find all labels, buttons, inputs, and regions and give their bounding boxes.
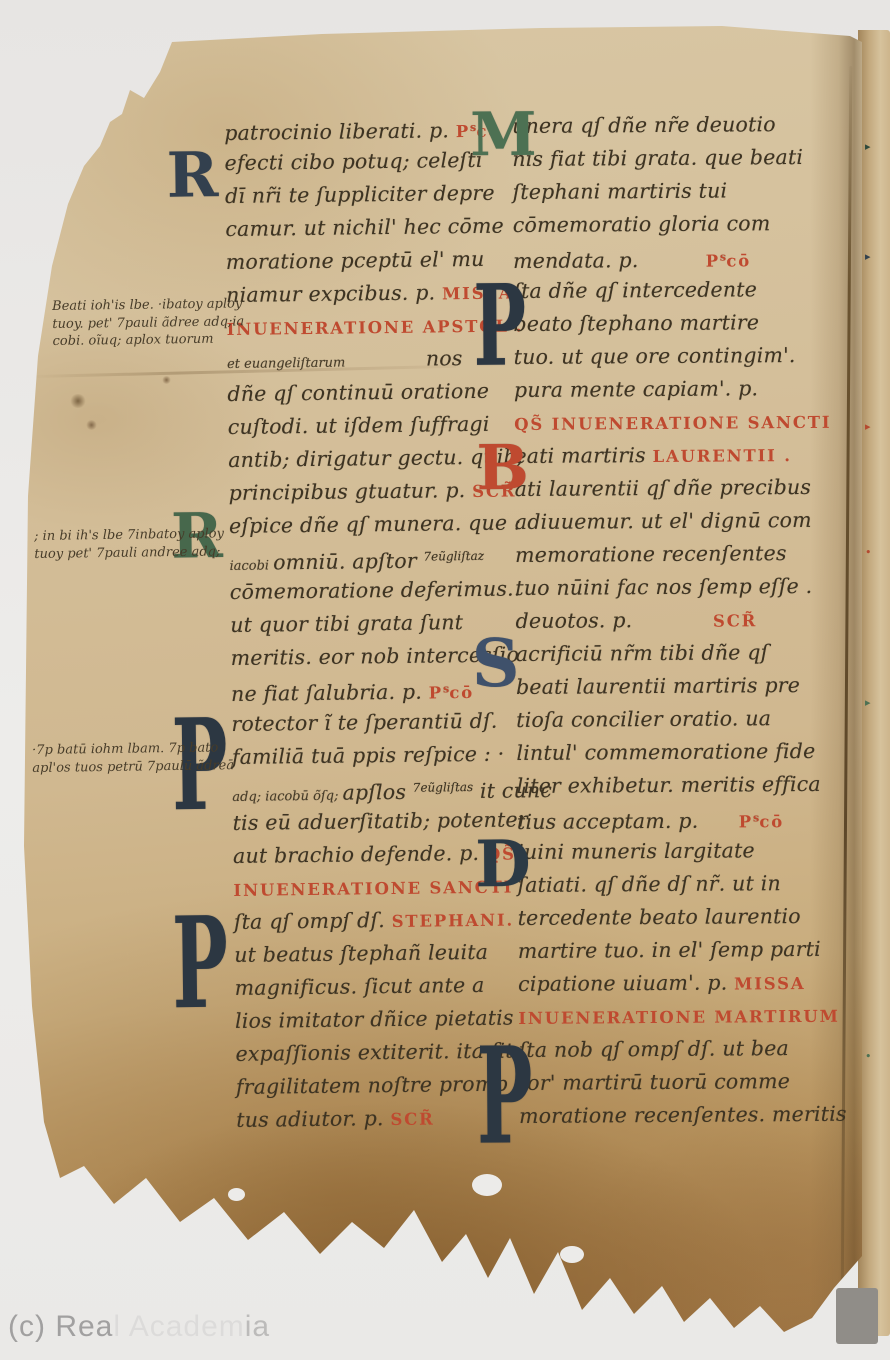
body-text: pura mente capiam'. p. (514, 376, 758, 402)
text-line: antib; dirigatur gectu. quib; (228, 441, 508, 477)
body-text: cōmemoratio gloria com (513, 211, 771, 237)
margin-hand-text: et euangeliſtarum (227, 356, 345, 372)
body-text: aut brachio defende. p. (233, 841, 486, 868)
text-line: tis eū aduerſitatib; potenter (232, 804, 512, 840)
text-line: tioſa concilier oratio. ua (516, 702, 864, 737)
text-line: iacobi omniū. apſtor 7eũgliſtaz (229, 540, 509, 576)
text-line: principibus gtuatur. p. SCR̃ (228, 474, 508, 510)
facing-page-letter-tip: ▸ (865, 252, 871, 262)
watermark-text-occluded: l Academ (113, 1310, 244, 1343)
text-line: magnificus. ſicut ante a (234, 969, 514, 1005)
body-text: beati laurentii martiris pre (516, 673, 800, 699)
rubric-text: INUENERATIONE SANCTI (233, 878, 513, 900)
text-line: pura mente capiam'. p. (514, 372, 862, 407)
margin-annotation-line: ·7p batū iohm lbam. 7p bato (32, 739, 234, 759)
illuminated-initial: P (476, 1038, 533, 1158)
facing-page-letter-tip: • (865, 548, 872, 558)
body-text: principibus gtuatur. p. (228, 478, 472, 505)
facing-page-sliver: ▸▸▸•▸• (858, 30, 890, 1336)
prayer-section: Reſpice dñe qſ munera. que :iacobi omniū… (229, 507, 511, 708)
text-line: moratione recenſentes. meritis (519, 1098, 867, 1133)
stain-spot (86, 420, 97, 430)
body-text: dñe qſ continuū oratione (227, 379, 489, 406)
rubric-text: QS̃ INUENERATIONE SANCTI (514, 413, 831, 434)
text-line: rotector ĩ te ſperantiū dſ. (231, 705, 511, 741)
text-line: tor' martirū tuorū comme (519, 1065, 867, 1100)
interlinear-text: 7eũgliſtas (413, 780, 474, 795)
tear-hole (472, 1174, 502, 1196)
body-text: moratione recenſentes. meritis (519, 1102, 847, 1128)
text-line: beati laurentii martiris pre (516, 669, 864, 704)
prayer-section: Sacrificiū nr̃m tibi dñe qſbeati laurent… (516, 636, 865, 836)
prayer-section: dñe qſ continuū orationecuſtodi. ut iſde… (227, 375, 509, 510)
body-text: ſta dñe qſ intercedente (513, 277, 757, 303)
text-line: moratione pceptū el' mu (226, 243, 506, 279)
watermark-text-faint: ia (245, 1310, 270, 1343)
text-line: iuini muneris largitate (517, 834, 865, 869)
facing-page-letter-tip: ▸ (865, 142, 871, 152)
illuminated-initial: R (166, 147, 218, 203)
text-line: cōmemoratione deferimus.. (230, 573, 510, 609)
body-text: rotector ĩ te ſperantiū dſ. (231, 709, 497, 736)
rubric-text: MISSA (734, 974, 805, 993)
body-text: cipatione uiuam'. p. (518, 970, 734, 996)
margin-annotation-line: tuoy pet' 7pauli andree adq; (34, 543, 224, 563)
illuminated-initial: D (475, 836, 531, 894)
text-line: aut brachio defende. p. QS̃ (233, 837, 513, 873)
text-line: niamur expcibus. p. MISSA (226, 276, 506, 312)
illuminated-initial: P (473, 275, 527, 376)
text-line: tuo. ut que ore contingim'. (514, 339, 862, 374)
text-line: INUENERATIONE SANCTI (233, 870, 513, 906)
rubric-text: LAURENTII . (652, 446, 791, 466)
body-text: deuotos. p. (515, 608, 632, 633)
text-line: mendata. p. Pscō (513, 240, 861, 275)
margin-annotation: ; in bi ih's lbe 7inbatoy aploytuoy pet'… (34, 525, 224, 563)
rubric-text: cō (726, 251, 751, 270)
body-text: ut beatus ſtephañ leuita (234, 940, 488, 967)
text-line: ut quor tibi grata ſunt (230, 606, 510, 642)
body-text: liter exhibetur. meritis effica (517, 772, 821, 798)
text-line: patrocinio liberati. p. Pscō (224, 111, 504, 147)
body-text: cōmemoratione deferimus.. (230, 576, 521, 604)
text-line: eati martiris LAURENTII . (514, 438, 862, 473)
prayer-section: Protector ĩ te ſperantiū dſ.familiā tuā … (231, 705, 513, 873)
text-line: cuſtodi. ut iſdem ſuffragi (228, 408, 508, 444)
text-line: cipatione uiuam'. p. MISSA (518, 966, 866, 1001)
text-line: meritis. eor nob intercesſio (230, 639, 510, 675)
text-line: camur. ut nichil' hec cōme (225, 210, 505, 246)
illuminated-initial: P (172, 908, 229, 1022)
body-text: apſlos (342, 780, 413, 805)
rubric-text: INUENERATIONE MARTIRUM (518, 1007, 839, 1028)
text-line: nis fiat tibi grata. que beati (512, 141, 860, 176)
prayer-section: Munera qſ dñe nr̃e deuotionis fiat tibi … (512, 108, 861, 275)
margin-annotation: Beati ioh'is lbe. ·ibatoy aploytuoy. pet… (52, 295, 245, 350)
margin-annotation-line: apl'os tuos petrū 7paulū ãdreā (32, 757, 234, 777)
prayer-section: INUENERATIONE APSTOL'.et euangeliſtarum … (226, 309, 507, 378)
text-line: adq; iacobū õſq; apſlos 7eũgliſtas it cu… (232, 771, 512, 807)
illuminated-initial: S (472, 634, 520, 694)
body-text: tioſa concilier oratio. ua (516, 706, 771, 732)
facing-page-letter-tip: ▸ (865, 698, 871, 708)
body-text: cuſtodi. ut iſdem ſuffragi (228, 412, 490, 439)
text-line: ſtephani martiris tui (512, 174, 860, 209)
text-line: ſta nob qſ ompſ dſ. ut bea (518, 1032, 866, 1067)
body-text: lintul' commemoratione fide (516, 739, 815, 765)
margin-annotation-line: Beati ioh'is lbe. ·ibatoy aploy (52, 295, 244, 315)
copyright-watermark: (c) Real Academia (8, 1310, 270, 1344)
text-line: lios imitator dñice pietatis (235, 1002, 515, 1038)
prayer-section: Beati martiris LAURENTII .ati laurentii … (514, 438, 863, 638)
text-line: ne fiat ſalubria. p. Pscō (231, 672, 511, 708)
rubric-text: STEPHANI. (392, 911, 515, 931)
interlinear-text: 7eũgliſtaz (423, 549, 484, 564)
body-text: tercedente beato laurentio (518, 904, 801, 930)
body-text: camur. ut nichil' hec cōme (225, 214, 504, 241)
body-text: efecti cibo potuq; celeſti (224, 148, 482, 175)
stain-spot (162, 376, 171, 384)
text-line: liter exhibetur. meritis effica (517, 768, 865, 803)
prayer-section: Refecti cibo potuq; celeſtidī nr̃i te ſu… (224, 144, 506, 312)
text-line: memoratione recenſentes (515, 537, 863, 572)
text-line: ati laurentii qſ dñe precibus (515, 471, 863, 506)
text-line: efecti cibo potuq; celeſti (224, 144, 504, 180)
prayer-section: Pſta dñe qſ intercedentebeato ſtephano m… (513, 273, 862, 440)
body-text: memoratione recenſentes (515, 541, 787, 567)
body-text: ne fiat ſalubria. p. (231, 680, 429, 706)
prayer-section: Pſta nob qſ ompſ dſ. ut beator' martirū … (518, 1032, 867, 1133)
text-line: QS̃ INUENERATIONE SANCTI (514, 405, 862, 440)
body-text: tuo. ut que ore contingim'. (514, 343, 796, 369)
text-column-right: Munera qſ dñe nr̃e deuotionis fiat tibi … (512, 108, 867, 1133)
body-text: ſta nob qſ ompſ dſ. ut bea (518, 1036, 789, 1062)
body-text: fragilitatem noſtre promp (236, 1072, 508, 1099)
text-line: tus adiutor. p. SCR̃ (236, 1101, 516, 1137)
illuminated-initial: M (470, 108, 537, 162)
body-text: iuini muneris largitate (517, 838, 755, 864)
body-text: moratione pceptū el' mu (226, 247, 485, 274)
text-line: cōmemoratio gloria com (513, 207, 861, 242)
tear-hole (228, 1188, 245, 1201)
photo-backdrop: ▸▸▸•▸• patrocinio liberati. p. PscōRefec… (0, 0, 890, 1360)
margin-annotation: ·7p batū iohm lbam. 7p batoapl'os tuos p… (32, 739, 234, 777)
text-line: INUENERATIONE MARTIRUM (518, 999, 866, 1034)
body-text: patrocinio liberati. p. (224, 118, 456, 145)
rubric-text: P (739, 812, 753, 831)
body-text: familiā tuā ppis reſpice : · (232, 742, 505, 769)
body-text (638, 248, 705, 272)
prayer-section: patrocinio liberati. p. Pscō (224, 111, 504, 147)
tear-hole (560, 1246, 584, 1263)
body-text (698, 808, 738, 832)
text-line: INUENERATIONE APSTOL'. (226, 309, 506, 345)
body-text: magnificus. ſicut ante a (235, 973, 485, 1000)
facing-page-letter-tip: • (865, 1052, 872, 1062)
rubric-text: P (706, 252, 720, 271)
shadow-corner (836, 1288, 878, 1344)
text-line: tius acceptam. p. Pscō (517, 801, 865, 836)
prayer-section: Pſta qſ ompſ dſ. STEPHANI.ut beatus ſtep… (234, 903, 517, 1137)
body-text: ſta qſ ompſ dſ. (234, 908, 392, 934)
text-line: adiuuemur. ut el' dignū com (515, 504, 863, 539)
body-text: tor' martirū tuorū comme (519, 1069, 790, 1095)
text-line: eſpice dñe qſ munera. que : (229, 507, 509, 543)
body-text: niamur expcibus. p. (226, 280, 442, 307)
rubric-text: SCR̃ (713, 611, 757, 630)
body-text: eati martiris (514, 443, 652, 468)
manuscript-page: patrocinio liberati. p. PscōRefecti cibo… (22, 26, 862, 1336)
watermark-text: (c) Rea (8, 1310, 113, 1343)
body-text: nos (345, 346, 463, 371)
body-text: beato ſtephano martire (513, 310, 759, 336)
text-line: acrificiū nr̃m tibi dñe qſ (516, 636, 864, 671)
body-text: ati laurentii qſ dñe precibus (515, 475, 812, 501)
margin-annotation-line: tuoy. pet' 7pauli ãdree adq;ia (52, 313, 244, 333)
body-text: tius acceptam. p. (517, 809, 699, 834)
body-text: adiuuemur. ut el' dignū com (515, 508, 812, 534)
body-text: mendata. p. (513, 248, 639, 273)
text-line: unera qſ dñe nr̃e deuotio (512, 108, 860, 143)
text-line: fragilitatem noſtre promp (236, 1068, 516, 1104)
margin-hand-text: iacobi (229, 558, 273, 574)
rubric-text: cō (449, 683, 474, 702)
body-text: dī nr̃i te ſuppliciter depre (225, 181, 495, 208)
facing-page-letter-tip: ▸ (865, 422, 871, 432)
body-text: tuo nūini fac nos ſemp eſſe . (515, 574, 812, 600)
text-line: lintul' commemoratione fide (516, 735, 864, 770)
rubric-text: P (456, 122, 470, 141)
body-text: martire tuo. in el' ſemp parti (518, 937, 821, 963)
text-line: deuotos. p. SCR̃ (515, 603, 863, 638)
stain-spot (70, 394, 86, 408)
prayer-section: INUENERATIONE SANCTI (233, 870, 513, 906)
rubric-text: SCR̃ (390, 1110, 434, 1130)
margin-hand-text: adq; iacobū õſq; (232, 789, 342, 805)
text-line: dī nr̃i te ſuppliciter depre (225, 177, 505, 213)
body-text: ut quor tibi grata ſunt (230, 610, 463, 637)
body-text: expaſſionis extiterit. ita ſit (235, 1039, 514, 1066)
margin-annotation-line: ; in bi ih's lbe 7inbatoy aploy (34, 525, 224, 545)
illuminated-initial: B (476, 440, 529, 496)
text-line: ſta qſ ompſ dſ. STEPHANI. (234, 903, 514, 939)
body-text (632, 608, 713, 633)
body-text: unera qſ dñe nr̃e deuotio (512, 112, 776, 138)
body-text: nis fiat tibi grata. que beati (512, 145, 803, 171)
text-line: familiā tuā ppis reſpice : · (232, 738, 512, 774)
body-text: lios imitator dñice pietatis (235, 1006, 514, 1033)
rubric-text: P (429, 683, 443, 702)
margin-annotation-line: cobi. oĩuq; aplox tuorum (52, 330, 244, 350)
body-text: acrificiū nr̃m tibi dñe qſ (516, 640, 769, 666)
rubric-text: cō (759, 812, 784, 831)
text-line: ſatiati. qſ dñe dſ nr̃. ut in (517, 867, 865, 902)
text-line: et euangeliſtarum nos (227, 342, 507, 378)
text-line: ſta dñe qſ intercedente (513, 273, 861, 308)
body-text: eſpice dñe qſ munera. que : (229, 510, 521, 538)
text-line: tuo nūini fac nos ſemp eſſe . (515, 570, 863, 605)
text-line: expaſſionis extiterit. ita ſit (235, 1035, 515, 1071)
text-line: martire tuo. in el' ſemp parti (518, 933, 866, 968)
body-text: ſtephani martiris tui (512, 178, 727, 203)
text-line: tercedente beato laurentio (518, 900, 866, 935)
body-text: omniū. apſtor (273, 549, 424, 575)
body-text: tus adiutor. p. (236, 1106, 390, 1132)
prayer-section: Diuini muneris largitateſatiati. qſ dñe … (517, 834, 866, 1034)
body-text: ſatiati. qſ dñe dſ nr̃. ut in (517, 871, 781, 897)
text-line: beato ſtephano martire (513, 306, 861, 341)
text-line: ut beatus ſtephañ leuita (234, 936, 514, 972)
text-line: dñe qſ continuū oratione (227, 375, 507, 411)
